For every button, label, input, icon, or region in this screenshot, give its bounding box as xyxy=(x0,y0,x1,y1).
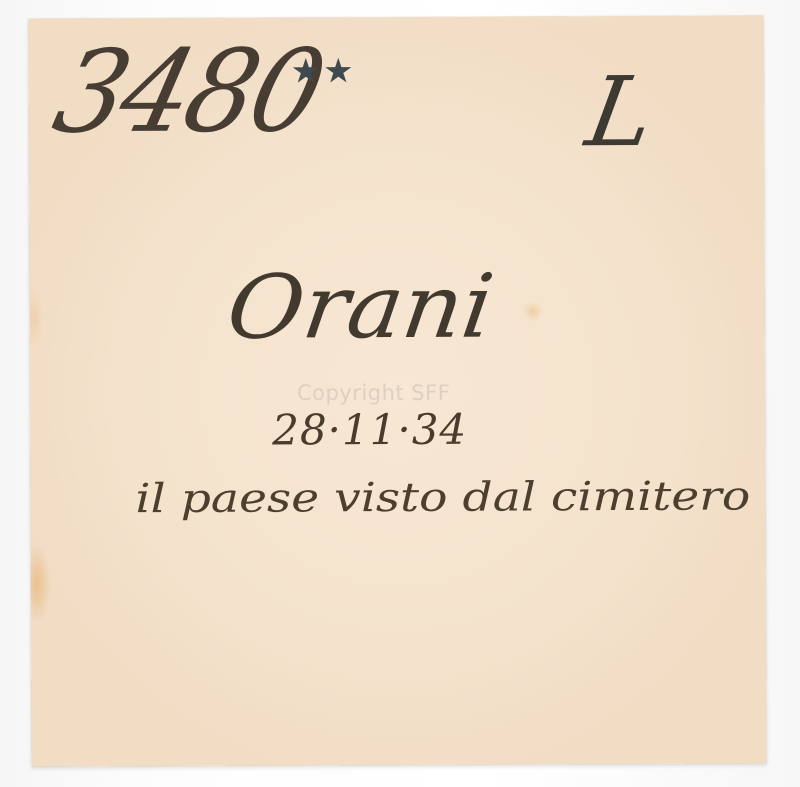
star-marks-icon: ★★ xyxy=(291,51,356,91)
place-name: Orani xyxy=(221,255,499,359)
catalog-number: 3480 xyxy=(43,26,334,159)
date: 28·11·34 xyxy=(272,405,467,455)
scan-background: 3480 ★★ L Orani 28·11·34 il paese visto … xyxy=(0,0,800,787)
corner-mark: L xyxy=(579,56,662,168)
copyright-watermark: Copyright SFF xyxy=(297,381,450,405)
caption: il paese visto dal cimitero xyxy=(135,473,750,522)
